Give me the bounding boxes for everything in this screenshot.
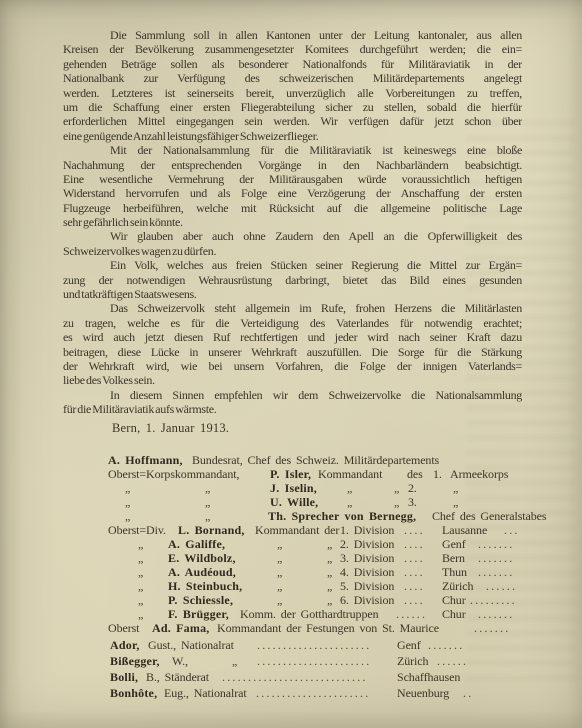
signature-text: Oberst — [108, 621, 139, 636]
ditto-mark: „ — [453, 495, 458, 510]
signature-text: B., Ständerat — [146, 670, 209, 685]
paragraph: Mit der Nationalsammlung für die Militär… — [63, 143, 522, 229]
leader-dots: ............................ — [222, 670, 368, 685]
signature-row: „„U. Wille,„„3.„ — [0, 495, 582, 510]
signature-name: J. Iselin, — [270, 481, 317, 496]
signature-name: Ador, — [110, 638, 140, 653]
text-line: eine genügende Anzahl leistungsfähiger S… — [63, 129, 522, 143]
signature-row: „H. Steinbuch,„„5. Division....Zürich...… — [0, 579, 582, 594]
signature-row: „P. Schiessle,„„6. Division....Chur.....… — [0, 593, 582, 608]
signature-text: Oberst=Div. — [108, 523, 166, 538]
signature-name: H. Steinbuch, — [168, 579, 242, 594]
signature-text: Zürich — [442, 579, 473, 594]
signature-text: Lausanne — [442, 523, 487, 538]
ditto-mark: „ — [327, 593, 332, 608]
text-line: Ein Volk, welches aus freien Stücken sei… — [63, 258, 522, 272]
text-line: werden. Letzteres ist seinerseits bereit… — [63, 86, 522, 100]
ditto-mark: „ — [327, 551, 332, 566]
signature-text: Genf — [397, 638, 421, 653]
text-line: Schweizervolkes wagen zu dürfen. — [63, 244, 522, 258]
signature-row: OberstAd. Fama,Kommandant der Festungen … — [0, 621, 582, 636]
signature-name: Bolli, — [110, 670, 138, 685]
signature-text: 3. — [408, 495, 417, 510]
text-line: Wir glauben aber auch ohne Zaudern den A… — [63, 229, 522, 243]
text-line: erforderlichen Mittel eingegangen sein w… — [63, 114, 522, 128]
leader-dots: .. — [463, 686, 473, 701]
leader-dots: .... — [404, 537, 425, 552]
signature-text: 4. Division — [340, 565, 394, 580]
leader-dots: .... — [404, 523, 425, 538]
ditto-mark: „ — [232, 654, 237, 669]
text-line: Flugzeuge herbeiführen, welche mit Rücks… — [63, 201, 522, 215]
ditto-mark: „ — [394, 495, 399, 510]
leader-dots: .... — [404, 551, 425, 566]
ditto-mark: „ — [125, 495, 130, 510]
ditto-mark: „ — [453, 481, 458, 496]
signature-name: P. Isler, — [270, 467, 311, 482]
ditto-mark: „ — [138, 579, 143, 594]
signature-name: A. Hoffmann, — [108, 453, 183, 468]
signature-text: Komm. der Gotthardtruppen — [240, 607, 378, 622]
signature-text: Zürich — [397, 654, 428, 669]
ditto-mark: „ — [277, 579, 282, 594]
ditto-mark: „ — [394, 481, 399, 496]
signature-row: Oberst=Korpskommandant,P. Isler,Kommanda… — [0, 467, 582, 482]
signature-name: L. Bornand, — [178, 523, 245, 538]
signature-text: Chur — [442, 593, 466, 608]
signature-name: A. Audéoud, — [168, 565, 236, 580]
paragraph: In diesem Sinnen empfehlen wir dem Schwe… — [63, 388, 522, 417]
leader-dots: ...... — [437, 654, 468, 669]
ditto-mark: „ — [138, 551, 143, 566]
paragraph: Wir glauben aber auch ohne Zaudern den A… — [63, 229, 522, 258]
signature-text: Armeekorps — [450, 467, 508, 482]
signature-text: 6. Division — [340, 593, 394, 608]
signature-text: Neuenburg — [397, 686, 449, 701]
signature-row: Bonhôte,Eug., Nationalrat...............… — [0, 686, 582, 701]
ditto-mark: „ — [327, 565, 332, 580]
ditto-mark: „ — [347, 495, 352, 510]
text-line: Das Schweizervolk steht allgemein im Ruf… — [63, 301, 522, 315]
signature-name: U. Wille, — [270, 495, 318, 510]
signature-text: Bern — [442, 551, 465, 566]
signature-name: A. Galiffe, — [168, 537, 225, 552]
signature-text: W., — [172, 654, 188, 669]
leader-dots: .... — [404, 565, 425, 580]
leader-dots: ...................... — [256, 686, 370, 701]
signature-name: P. Schiessle, — [168, 593, 233, 608]
paragraph: Das Schweizervolk steht allgemein im Ruf… — [63, 301, 522, 387]
paragraph: Ein Volk, welches aus freien Stücken sei… — [63, 258, 522, 301]
signature-row: „„J. Iselin,„„2.„ — [0, 481, 582, 496]
signature-text: 1. — [433, 467, 442, 482]
text-line: für die Militäraviatik aufs wärmste. — [63, 402, 522, 416]
text-line: Kreisen der Bevölkerung zusammengesetzte… — [63, 42, 522, 56]
signature-row: „„Th. Sprecher von Bernegg,Chef des Gene… — [0, 509, 582, 524]
leader-dots: ...................... — [257, 654, 371, 669]
signature-text: Schaffhausen — [397, 670, 460, 685]
text-line: und tatkräftigen Staatswesens. — [63, 287, 522, 301]
document-page: Die Sammlung soll in allen Kantonen unte… — [0, 0, 582, 728]
signature-text: Kommandant der Festungen von St. Maurice — [217, 621, 439, 636]
ditto-mark: „ — [327, 537, 332, 552]
signature-row: Bolli,B., Ständerat.....................… — [0, 670, 582, 685]
leader-dots: ....... — [478, 537, 514, 552]
signature-text: des — [407, 467, 423, 482]
body-text: Die Sammlung soll in allen Kantonen unte… — [63, 28, 522, 417]
text-line: Nationalbank zur Verfügung des schweizer… — [63, 71, 522, 85]
text-line: In diesem Sinnen empfehlen wir dem Schwe… — [63, 388, 522, 402]
ditto-mark: „ — [205, 495, 210, 510]
signature-text: 2. — [408, 481, 417, 496]
ditto-mark: „ — [138, 537, 143, 552]
signature-name: E. Wildbolz, — [168, 551, 236, 566]
signature-row: Oberst=Div.L. Bornand,Kommandant der1. D… — [0, 523, 582, 538]
signature-name: Bißegger, — [110, 654, 160, 669]
leader-dots: ...... — [396, 607, 427, 622]
text-line: Widerstand hervorrufen und als Folge ein… — [63, 186, 522, 200]
leader-dots: ... — [504, 523, 520, 538]
paragraph: Die Sammlung soll in allen Kantonen unte… — [63, 28, 522, 143]
signature-row: „E. Wildbolz,„„3. Division....Bern......… — [0, 551, 582, 566]
leader-dots: ....... — [478, 565, 514, 580]
signature-text: 3. Division — [340, 551, 394, 566]
signature-text: 1. Division — [340, 523, 394, 538]
signature-row: Bißegger,W.,„......................Züric… — [0, 654, 582, 669]
leader-dots: ....... — [478, 607, 514, 622]
text-line: es wird auch jetzt diesen Ruf rechtferti… — [63, 330, 522, 344]
signature-row: „A. Galiffe,„„2. Division....Genf....... — [0, 537, 582, 552]
ditto-mark: „ — [138, 565, 143, 580]
text-line: gehenden Beträge sollen als besonderer N… — [63, 57, 522, 71]
signature-name: Th. Sprecher von Bernegg, — [268, 509, 416, 524]
leader-dots: ...... — [486, 579, 517, 594]
signature-text: Thun — [442, 565, 467, 580]
text-line: Eine wesentliche Vermehrung der Militära… — [63, 172, 522, 186]
ditto-mark: „ — [277, 593, 282, 608]
leader-dots: ....... — [428, 638, 464, 653]
ditto-mark: „ — [277, 565, 282, 580]
leader-dots: ......... — [470, 593, 517, 608]
ditto-mark: „ — [125, 509, 130, 524]
ditto-mark: „ — [277, 537, 282, 552]
signature-name: Ad. Fama, — [152, 621, 209, 636]
leader-dots: ....... — [478, 551, 514, 566]
text-line: zu tragen, welche es für die Verteidigun… — [63, 316, 522, 330]
signature-text: Oberst=Korpskommandant, — [108, 467, 239, 482]
ditto-mark: „ — [138, 607, 143, 622]
signature-row: „F. Brügger,Komm. der Gotthardtruppen...… — [0, 607, 582, 622]
text-line: beitragen, diese Lücke in unserer Wehrkr… — [63, 345, 522, 359]
signature-text: Gust., Nationalrat — [148, 638, 234, 653]
ditto-mark: „ — [205, 509, 210, 524]
signature-text: Eug., Nationalrat — [164, 686, 247, 701]
text-line: zung der notwendigen Wehrausrüstung darb… — [63, 273, 522, 287]
dateline: Bern, 1. Januar 1913. — [112, 421, 229, 436]
signature-row: Ador,Gust., Nationalrat.................… — [0, 638, 582, 653]
ditto-mark: „ — [347, 481, 352, 496]
signature-text: Genf — [442, 537, 466, 552]
signature-text: Chur — [442, 607, 466, 622]
ditto-mark: „ — [138, 593, 143, 608]
leader-dots: .... — [404, 579, 425, 594]
leader-dots: ....... — [474, 621, 510, 636]
signature-text: 5. Division — [340, 579, 394, 594]
signature-text: Chef des Generalstabes — [432, 509, 546, 524]
text-line: der Wehrkraft wird, wie bei unsern Vorfa… — [63, 359, 522, 373]
text-line: um die Schaffung einer ersten Fliegerabt… — [63, 100, 522, 114]
signature-text: Kommandant der — [255, 523, 339, 538]
ditto-mark: „ — [125, 481, 130, 496]
signature-name: Bonhôte, — [110, 686, 157, 701]
leader-dots: ...................... — [257, 638, 371, 653]
ditto-mark: „ — [277, 551, 282, 566]
signature-text: Bundesrat, Chef des Schweiz. Militärdepa… — [192, 453, 439, 468]
signature-row: „A. Audéoud,„„4. Division....Thun....... — [0, 565, 582, 580]
ditto-mark: „ — [205, 481, 210, 496]
signature-text: 2. Division — [340, 537, 394, 552]
text-line: Mit der Nationalsammlung für die Militär… — [63, 143, 522, 157]
signature-name: F. Brügger, — [168, 607, 229, 622]
text-line: liebe des Volkes sein. — [63, 373, 522, 387]
signature-text: Kommandant — [318, 467, 382, 482]
text-line: Die Sammlung soll in allen Kantonen unte… — [63, 28, 522, 42]
ditto-mark: „ — [327, 579, 332, 594]
text-line: sehr gefährlich sein könnte. — [63, 215, 522, 229]
signature-row: A. Hoffmann,Bundesrat, Chef des Schweiz.… — [0, 453, 582, 468]
text-line: Nachahmung der entsprechenden Vorgänge i… — [63, 158, 522, 172]
leader-dots: .... — [404, 593, 425, 608]
